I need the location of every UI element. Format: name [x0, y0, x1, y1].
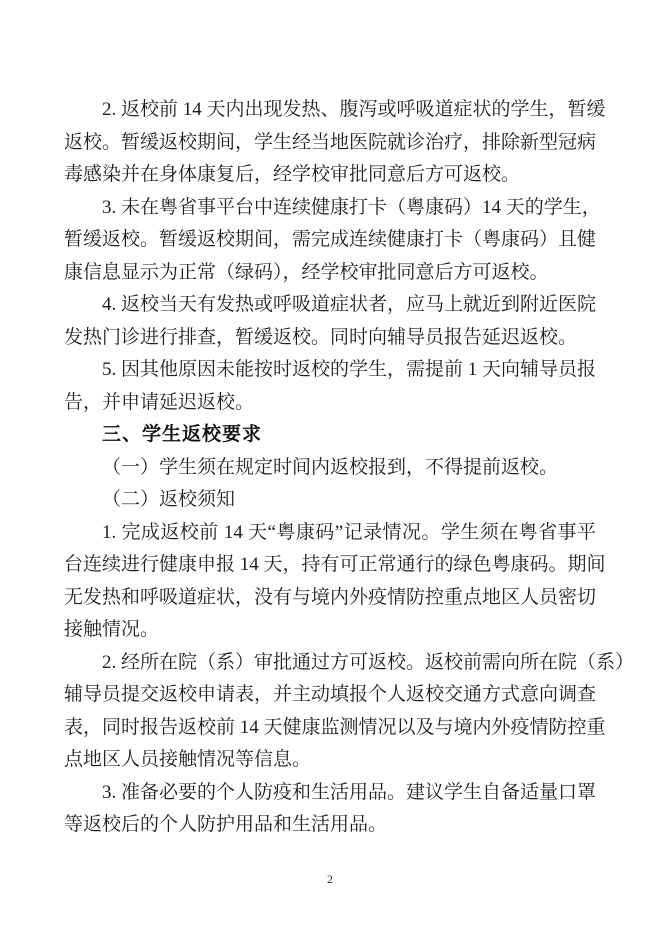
document-line: 4. 返校当天有发热或呼吸道症状者，应马上就近到附近医院 — [64, 289, 596, 322]
document-line: 2. 经所在院（系）审批通过方可返校。返校前需向所在院（系） — [64, 647, 596, 680]
document-page: 2. 返校前 14 天内出现发热、腹泻或呼吸道症状的学生，暂缓返校。暂缓返校期间… — [0, 0, 660, 935]
document-line: 返校。暂缓返校期间，学生经当地医院就诊治疗，排除新型冠病 — [64, 127, 596, 160]
document-line: 毒感染并在身体康复后，经学校审批同意后方可返校。 — [64, 159, 596, 192]
section-heading: 三、学生返校要求 — [64, 419, 596, 452]
page-number: 2 — [0, 872, 660, 886]
document-line: 点地区人员接触情况等信息。 — [64, 744, 596, 777]
document-line: 发热门诊进行排查，暂缓返校。同时向辅导员报告延迟返校。 — [64, 322, 596, 355]
document-line: 告，并申请延迟返校。 — [64, 387, 596, 420]
document-line: 5. 因其他原因未能按时返校的学生，需提前 1 天向辅导员报 — [64, 354, 596, 387]
document-line: 1. 完成返校前 14 天“粤康码”记录情况。学生须在粤省事平 — [64, 517, 596, 550]
document-line: 表，同时报告返校前 14 天健康监测情况以及与境内外疫情防控重 — [64, 712, 596, 745]
document-line: 无发热和呼吸道症状，没有与境内外疫情防控重点地区人员密切 — [64, 582, 596, 615]
document-line: 等返校后的个人防护用品和生活用品。 — [64, 809, 596, 842]
document-line: （二）返校须知 — [64, 484, 596, 517]
document-line: 暂缓返校。暂缓返校期间，需完成连续健康打卡（粤康码）且健 — [64, 224, 596, 257]
document-line: （一）学生须在规定时间内返校报到，不得提前返校。 — [64, 452, 596, 485]
document-body: 2. 返校前 14 天内出现发热、腹泻或呼吸道症状的学生，暂缓返校。暂缓返校期间… — [64, 94, 596, 842]
document-line: 台连续进行健康申报 14 天，持有可正常通行的绿色粤康码。期间 — [64, 549, 596, 582]
document-line: 接触情况。 — [64, 614, 596, 647]
document-line: 辅导员提交返校申请表，并主动填报个人返校交通方式意向调查 — [64, 679, 596, 712]
document-line: 3. 未在粤省事平台中连续健康打卡（粤康码）14 天的学生， — [64, 192, 596, 225]
document-line: 2. 返校前 14 天内出现发热、腹泻或呼吸道症状的学生，暂缓 — [64, 94, 596, 127]
document-line: 康信息显示为正常（绿码），经学校审批同意后方可返校。 — [64, 257, 596, 290]
document-line: 3. 准备必要的个人防疫和生活用品。建议学生自备适量口罩 — [64, 777, 596, 810]
